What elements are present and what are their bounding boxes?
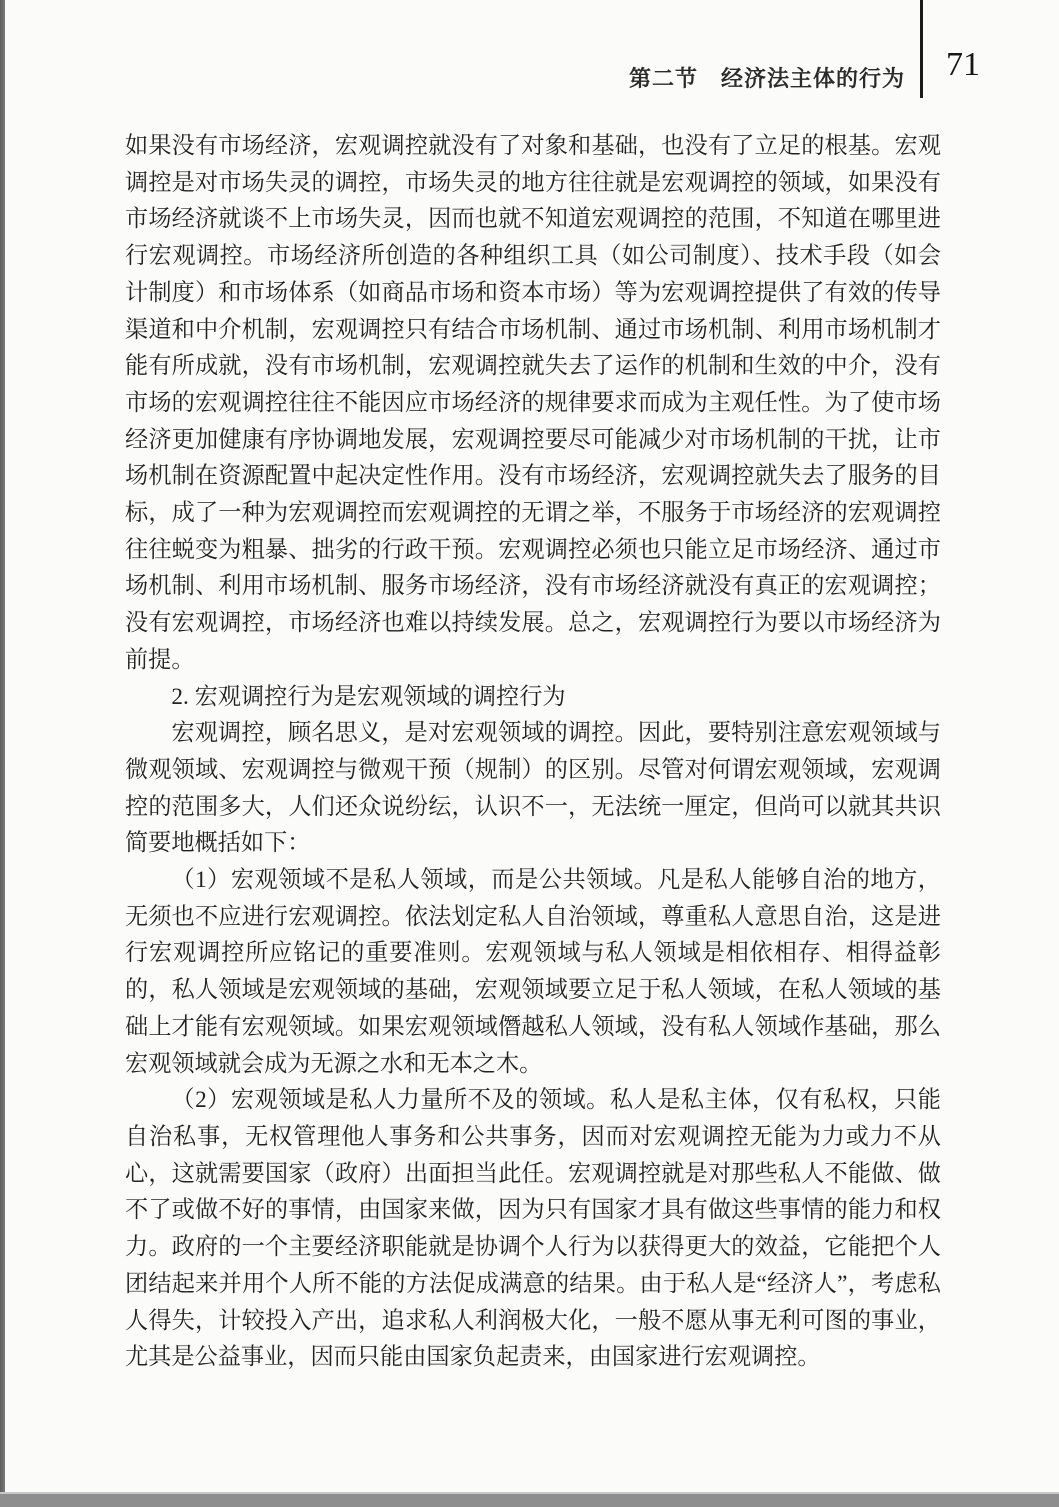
paragraph-continuation: 如果没有市场经济，宏观调控就没有了对象和基础，也没有了立足的根基。宏观调控是对市… [125,128,941,679]
subsection-heading: 2. 宏观调控行为是宏观领域的调控行为 [125,679,941,716]
scan-left-edge [0,0,5,1507]
running-head-section-title: 第二节 经济法主体的行为 [629,62,905,93]
header-divider-rule [920,0,923,98]
paragraph: 宏观调控，顾名思义，是对宏观领域的调控。因此，要特别注意宏观领域与微观领域、宏观… [125,715,941,862]
paragraph: （1）宏观领域不是私人领域，而是公共领域。凡是私人能够自治的地方，无须也不应进行… [125,862,941,1082]
scan-bottom-edge [0,1492,1059,1507]
paragraph: （2）宏观领域是私人力量所不及的领域。私人是私主体，仅有私权，只能自治私事，无权… [125,1082,941,1376]
book-page: 第二节 经济法主体的行为 71 如果没有市场经济，宏观调控就没有了对象和基础，也… [0,0,1059,1507]
page-body: 如果没有市场经济，宏观调控就没有了对象和基础，也没有了立足的根基。宏观调控是对市… [125,128,941,1376]
page-number: 71 [938,46,988,84]
